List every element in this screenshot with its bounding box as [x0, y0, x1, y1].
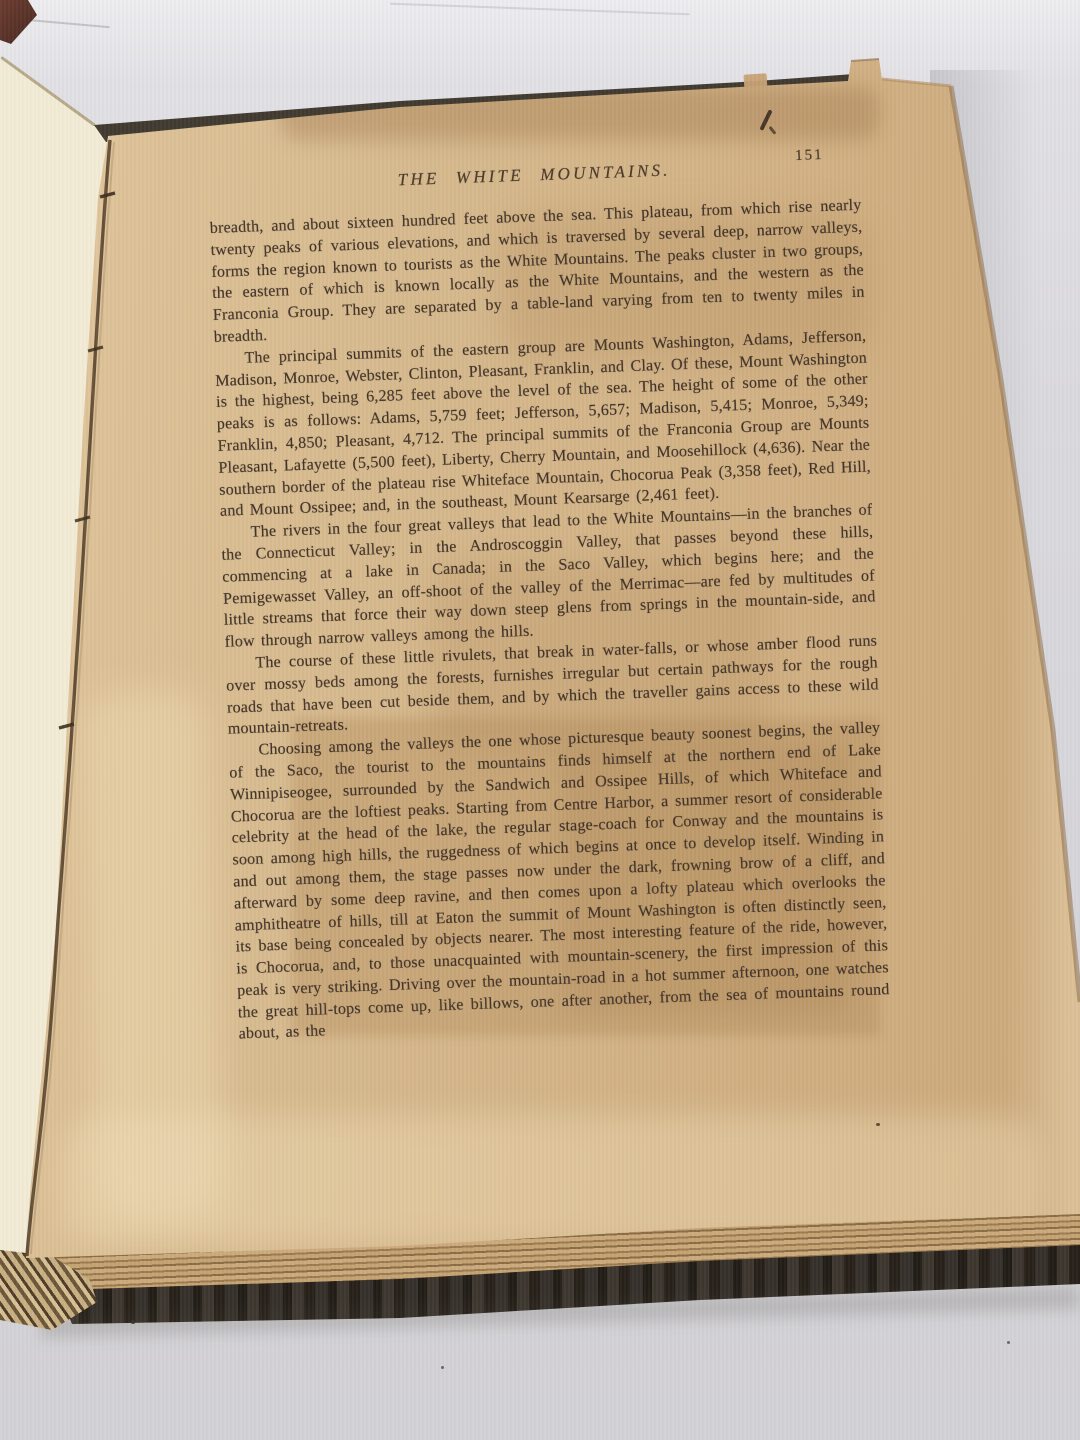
page-text: THE WHITE MOUNTAINS. 151 breadth, and ab…	[208, 153, 891, 1046]
book-cover-corner	[0, 0, 40, 48]
paragraph: Choosing among the valleys the one whose…	[228, 717, 890, 1045]
dust-speck	[441, 1366, 444, 1369]
paper-highlight	[79, 688, 227, 1222]
page-tab	[744, 73, 768, 90]
pen-mark	[768, 126, 776, 135]
paragraph: The rivers in the four great valleys tha…	[220, 500, 876, 654]
dust-speck	[131, 1320, 135, 1324]
paragraph: The principal summits of the eastern gro…	[214, 325, 872, 523]
book-photo-scene: THE WHITE MOUNTAINS. 151 breadth, and ab…	[0, 0, 1080, 1440]
dust-speck	[1007, 1341, 1010, 1344]
running-head: THE WHITE MOUNTAINS.	[208, 153, 860, 198]
fabric-crease	[390, 3, 690, 15]
dust-speck	[876, 1123, 880, 1126]
page-header: THE WHITE MOUNTAINS. 151	[208, 153, 860, 200]
page-number: 151	[795, 145, 824, 168]
paragraph: breadth, and about sixteen hundred feet …	[210, 195, 866, 349]
